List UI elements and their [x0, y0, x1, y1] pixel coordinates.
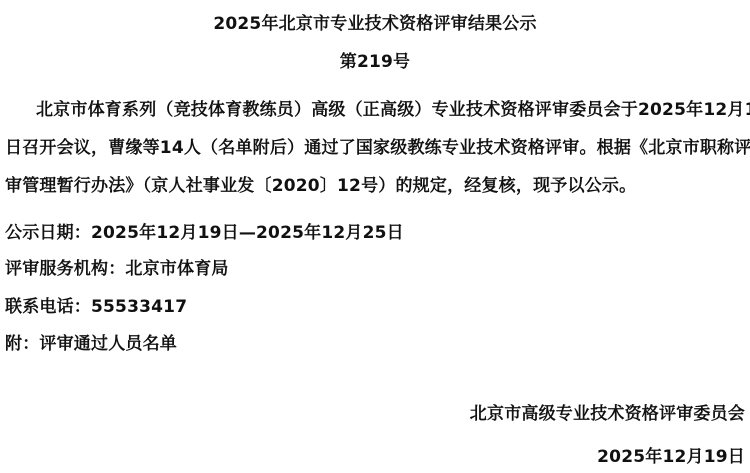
contact-phone: 联系电话：55533417 — [5, 296, 187, 318]
publicity-period: 公示日期：2025年12月19日—2025年12月25日 — [5, 222, 404, 244]
signature-date: 2025年12月19日 — [597, 446, 745, 468]
signature-organization: 北京市高级专业技术资格评审委员会 — [470, 403, 745, 425]
body-line-2: 日召开会议，曹缘等14人（名单附后）通过了国家级教练专业技术资格评审。根据《北京… — [5, 137, 750, 159]
attachment-note: 附：评审通过人员名单 — [5, 333, 177, 355]
body-line-1: 北京市体育系列（竞技体育教练员）高级（正高级）专业技术资格评审委员会于2025年… — [36, 99, 750, 121]
document-title: 2025年北京市专业技术资格评审结果公示 — [0, 13, 750, 35]
body-line-3: 审管理暂行办法》（京人社事业发〔2020〕12号）的规定，经复核，现予以公示。 — [5, 175, 636, 197]
document-number: 第219号 — [0, 51, 750, 73]
review-agency: 评审服务机构：北京市体育局 — [5, 258, 229, 280]
